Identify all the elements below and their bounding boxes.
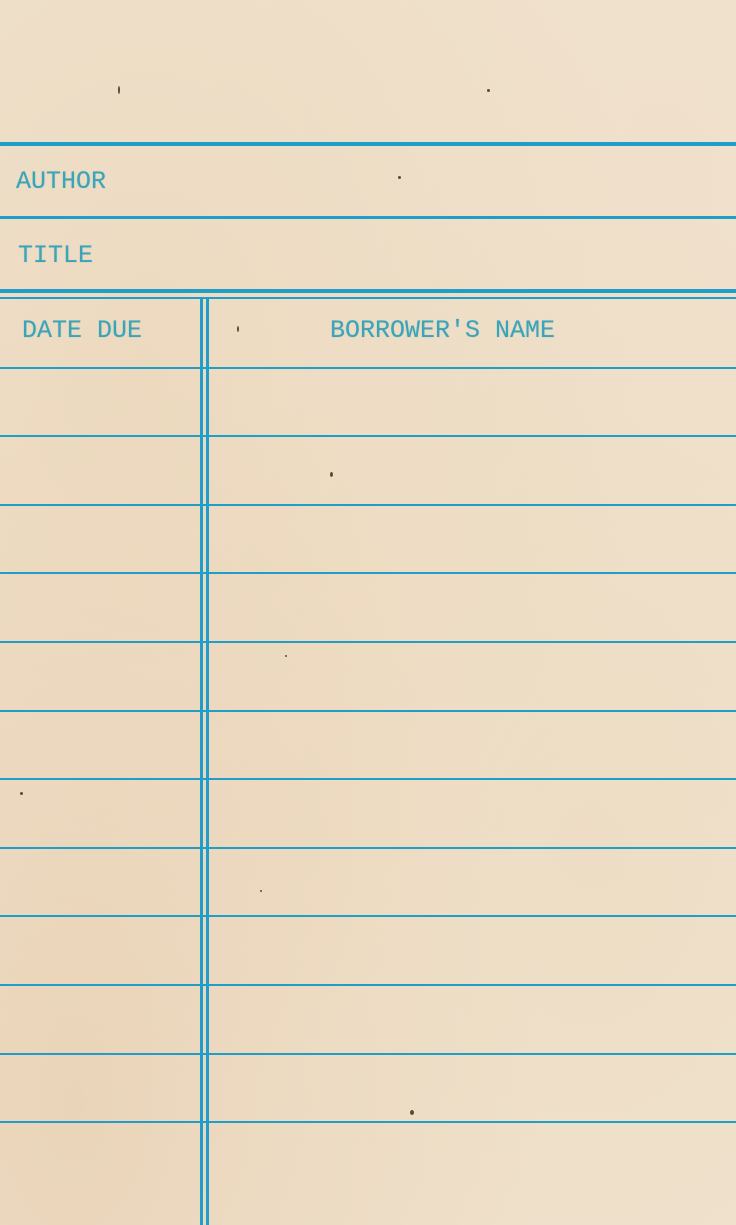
row-rule [0,710,736,712]
row-rule [0,915,736,917]
title-label: TITLE [18,241,93,270]
paper-speck [410,1110,414,1115]
row-rule [0,572,736,574]
top-rule [0,142,736,146]
row-rule [0,778,736,780]
paper-speck [487,89,490,92]
paper-speck [330,472,333,477]
author-label: AUTHOR [16,167,106,196]
row-rule [0,1053,736,1055]
row-rule [0,984,736,986]
row-rule [0,435,736,437]
paper-speck [285,655,287,657]
row-rule [0,504,736,506]
paper-background [0,0,736,1225]
row-rule [0,847,736,849]
header-rule-thick [0,289,736,293]
paper-speck [118,86,120,94]
paper-speck [398,176,401,179]
paper-speck [237,326,239,332]
column-header-date-due: DATE DUE [22,316,142,345]
author-rule [0,216,736,219]
paper-speck [20,792,23,795]
paper-speck [260,890,262,892]
row-rule [0,367,736,369]
row-rule [0,1121,736,1123]
column-header-borrowers-name: BORROWER'S NAME [330,316,555,345]
row-rule [0,641,736,643]
header-rule-thin [0,297,736,299]
